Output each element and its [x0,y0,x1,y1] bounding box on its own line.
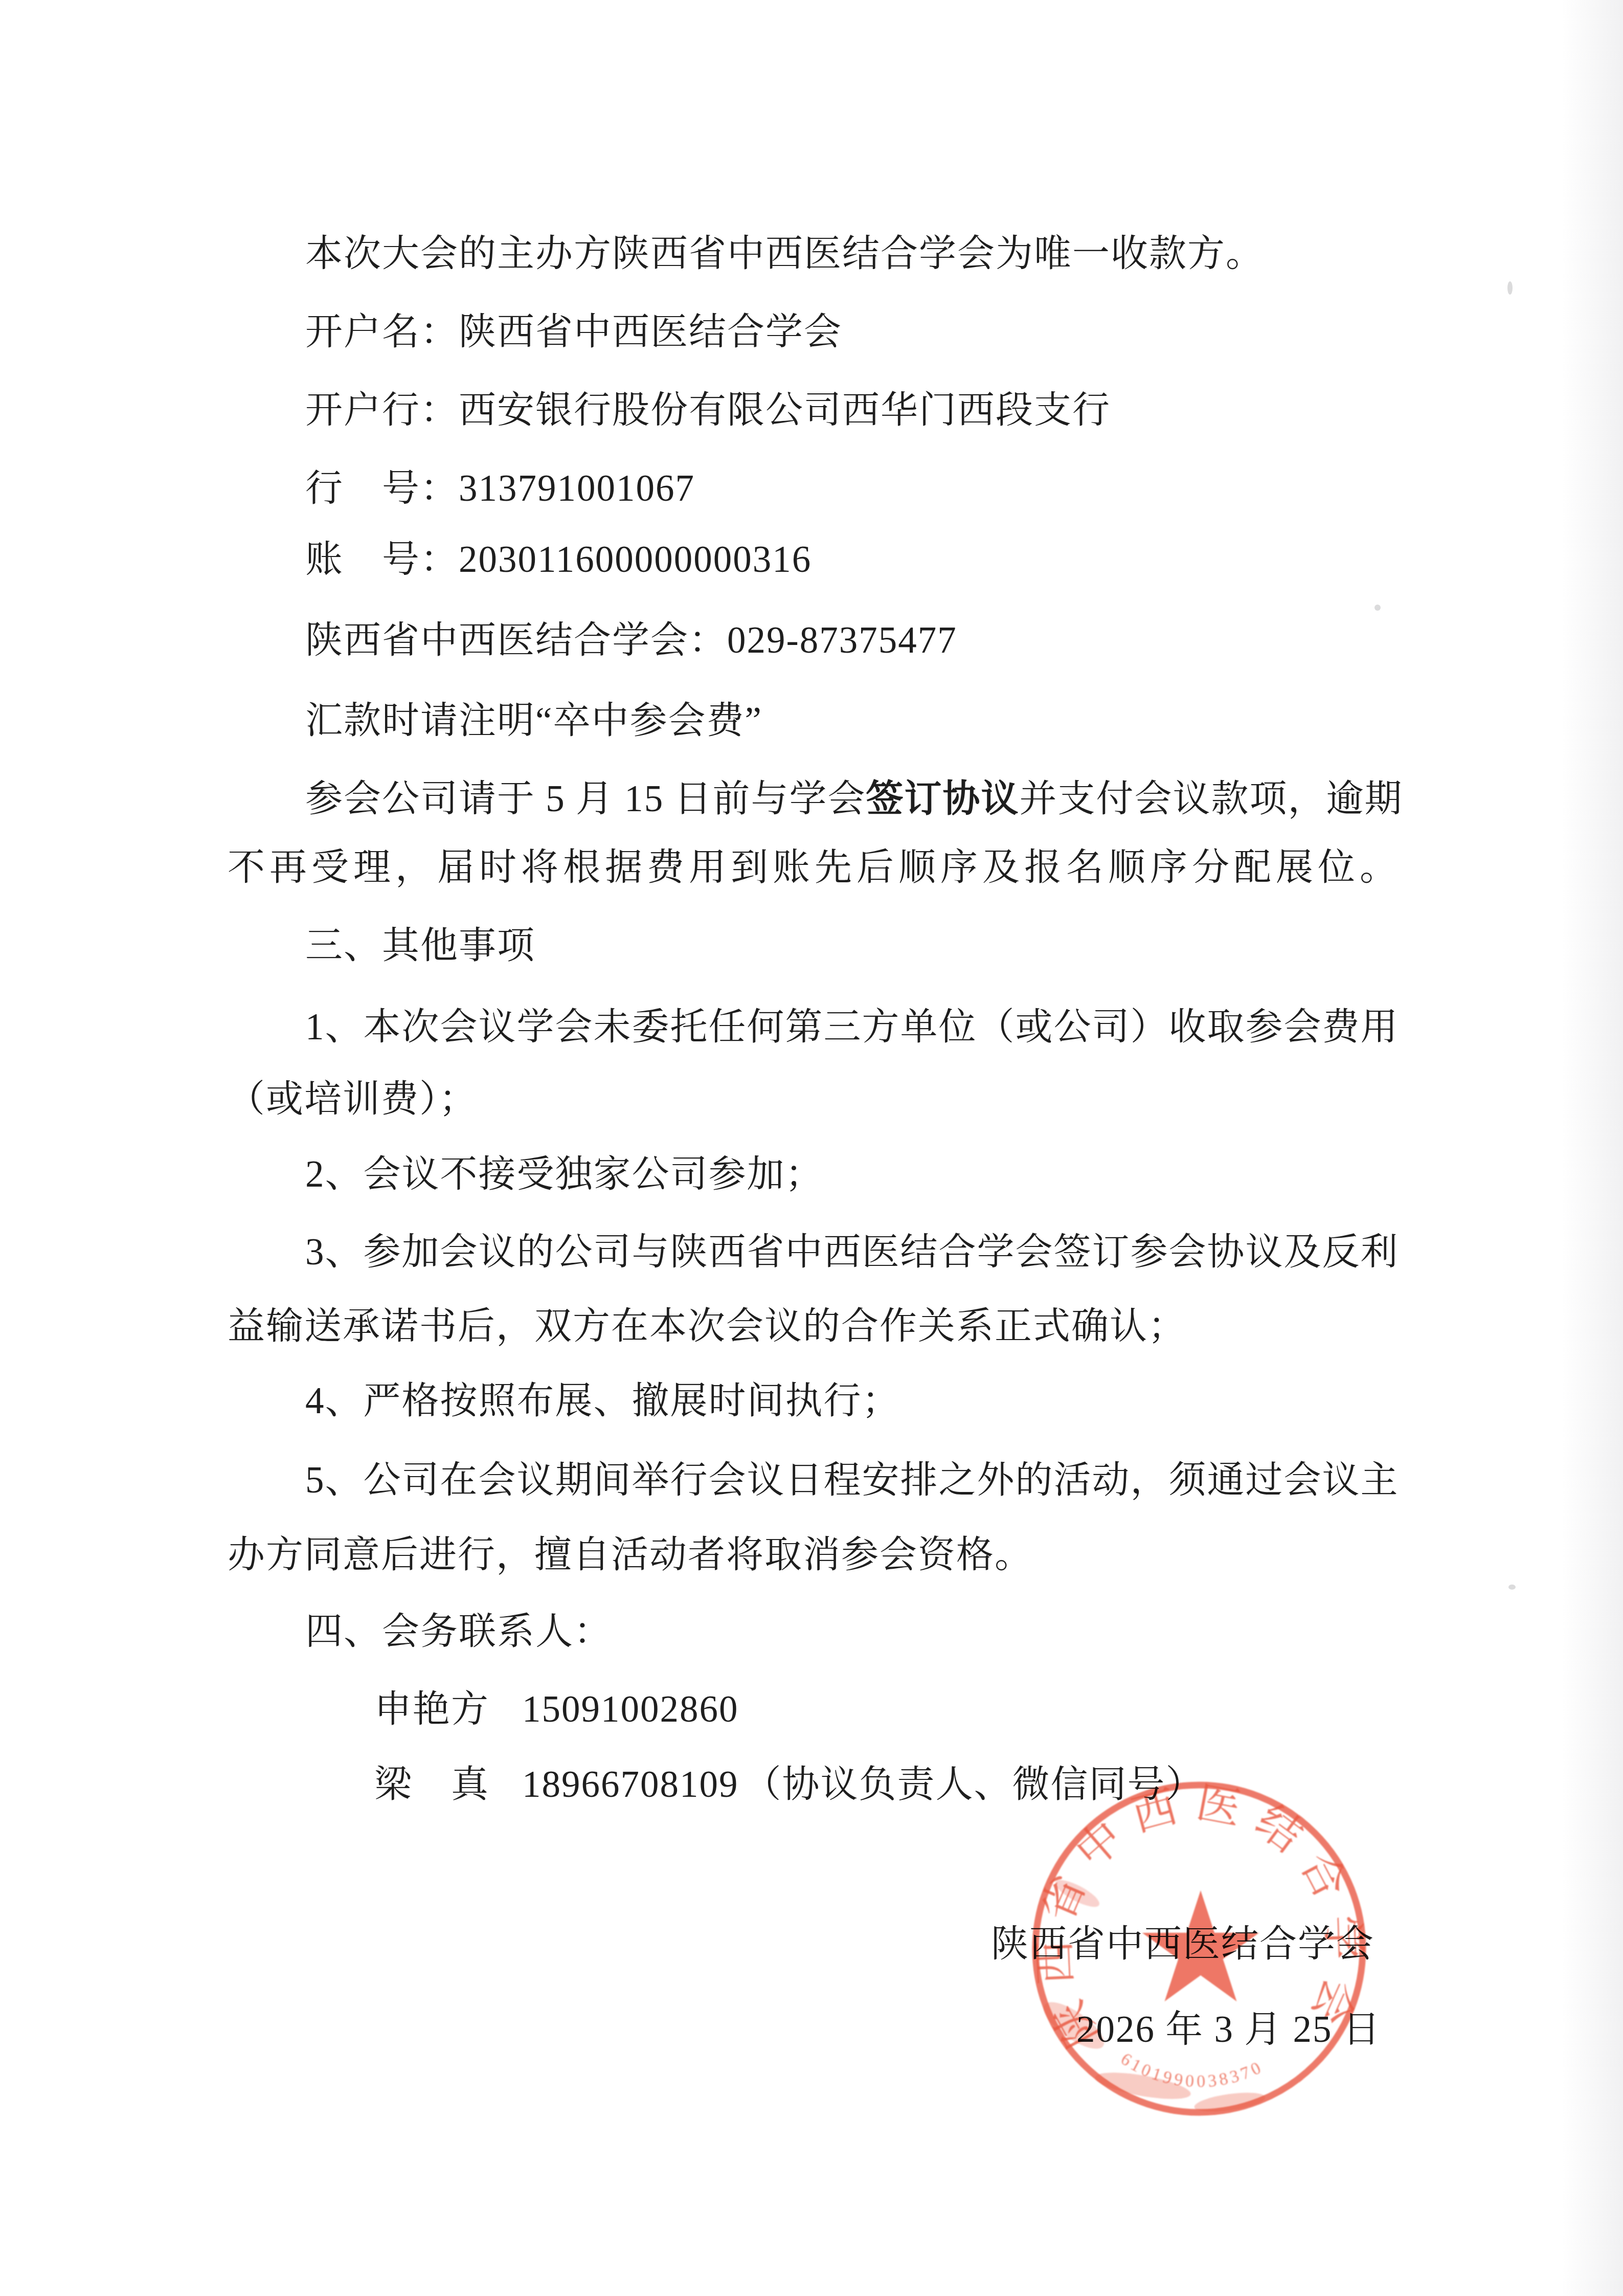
contact-row: 申艳方15091002860 [374,1681,744,1738]
seal-star-icon [1142,1890,1259,2001]
contact-name: 梁 真 [374,1764,489,1805]
line-bank-code: 行 号：313791001067 [305,460,695,517]
deadline-text-post: 并支付会议款项，逾期 [1020,778,1403,819]
line-society-phone: 陕西省中西医结合学会：029-87375477 [305,612,957,669]
scanned-letter-page: 本次大会的主办方陕西省中西医结合学会为唯一收款方。 开户名：陕西省中西医结合学会… [0,0,1623,2296]
scan-speck [1507,281,1513,295]
scan-speck [1374,605,1381,611]
line-remit-memo: 汇款时请注明“卒中参会费” [305,692,762,749]
item5-line1: 5、公司在会议期间举行会议日程安排之外的活动，须通过会议主 [305,1452,1399,1509]
item1-line2: （或培训费）； [228,1071,478,1128]
scan-shadow-right [1562,0,1623,2296]
line-account-name: 开户名：陕西省中西医结合学会 [305,303,842,361]
paragraph-payee-intro: 本次大会的主办方陕西省中西医结合学会为唯一收款方。 [305,225,1264,282]
contact-phone: 18966708109 [522,1764,739,1805]
deadline-text-bold: 签订协议 [866,778,1020,819]
item2: 2、会议不接受独家公司参加； [305,1146,824,1203]
contact-name: 申艳方 [374,1688,489,1730]
item3-line1: 3、参加会议的公司与陕西省中西医结合学会签订参会协议及反利 [305,1223,1399,1281]
line-account-number: 账 号：203011600000000316 [305,531,811,588]
item1-line1: 1、本次会议学会未委托任何第三方单位（或公司）收取参会费用 [305,998,1399,1056]
contact-phone: 15091002860 [522,1688,739,1730]
heading-other-items: 三、其他事项 [305,917,535,974]
item4: 4、严格按照布展、撤展时间执行； [305,1372,900,1430]
heading-contacts: 四、会务联系人： [305,1603,612,1660]
paragraph-deadline-cont: 不再受理，届时将根据费用到账先后顺序及报名顺序分配展位。 [228,839,1402,896]
item3-line2: 益输送承诺书后，双方在本次会议的合作关系正式确认； [228,1298,1186,1355]
line-bank-branch: 开户行：西安银行股份有限公司西华门西段支行 [305,382,1111,439]
item5-line2: 办方同意后进行，擅自活动者将取消参会资格。 [228,1526,1033,1584]
paragraph-deadline: 参会公司请于 5 月 15 日前与学会签订协议并支付会议款项，逾期 [305,770,1403,828]
scan-speck [1508,1585,1516,1590]
deadline-text-pre: 参会公司请于 5 月 15 日前与学会 [305,778,866,819]
official-seal-stamp: 陕西省中西医结合学会 6101990038370 [1018,1767,1381,2130]
